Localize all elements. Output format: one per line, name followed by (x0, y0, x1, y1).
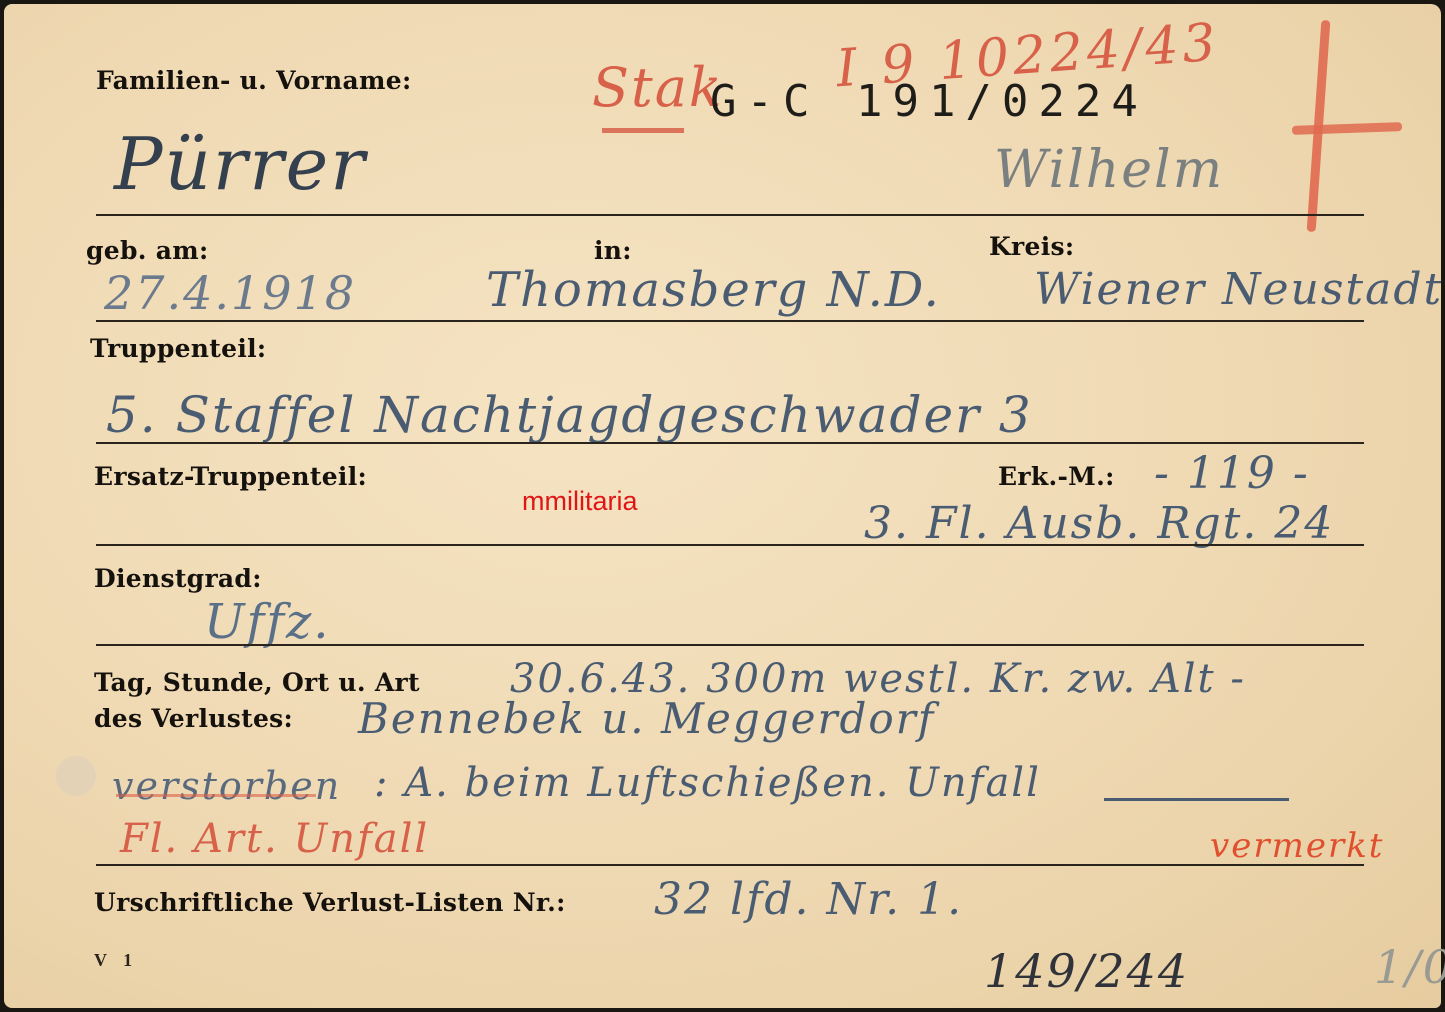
birthplace-label: in: (594, 236, 632, 265)
birth-date-label: geb. am: (86, 236, 209, 265)
watermark: mmilitaria (522, 486, 638, 517)
loss-line2: Bennebek u. Meggerdorf (358, 694, 935, 743)
rank-label: Dienstgrad: (94, 564, 262, 593)
loss-line3: : A. beim Luftschießen. Unfall (374, 760, 1041, 806)
rank-value: Uffz. (204, 594, 331, 650)
red-strikethrough (116, 794, 316, 797)
divider (96, 864, 1364, 866)
index-card: Familien- u. Vorname: Stak G-C 191/0224 … (4, 4, 1441, 1008)
loss-label-line1: Tag, Stunde, Ort u. Art (94, 668, 420, 697)
replacement-unit-label: Ersatz-Truppenteil: (94, 462, 367, 491)
district-label: Kreis: (989, 232, 1074, 261)
divider (96, 644, 1364, 646)
loss-struck-word: verstorben (112, 764, 341, 808)
grey-annotation: 1/0 (1374, 940, 1445, 994)
divider (96, 214, 1364, 216)
birth-date-value: 27.4.1918 (104, 266, 356, 320)
red-underline (602, 128, 684, 133)
given-name-value: Wilhelm (994, 140, 1224, 200)
id-tag-value: - 119 - (1154, 448, 1310, 499)
stain (56, 756, 96, 796)
loss-list-label: Urschriftliche Verlust-Listen Nr.: (94, 888, 566, 917)
loss-list-value: 32 lfd. Nr. 1. (654, 874, 963, 925)
birthplace-value: Thomasberg N.D. (486, 262, 941, 318)
name-label: Familien- u. Vorname: (96, 66, 411, 95)
loss-label-line2: des Verlustes: (94, 704, 293, 733)
unit-value: 5. Staffel Nachtjagdgeschwader 3 (106, 386, 1033, 444)
divider (96, 544, 1364, 546)
red-annotation-vermerkt: vermerkt (1210, 826, 1384, 866)
divider (96, 320, 1364, 322)
red-annotation-stak: Stak (592, 56, 724, 119)
id-tag-label: Erk.-M.: (998, 462, 1115, 491)
divider (96, 442, 1364, 444)
district-value: Wiener Neustadt (1034, 264, 1443, 315)
deceased-cross-bar (1292, 122, 1402, 135)
loss-red-correction: Fl. Art. Unfall (120, 816, 429, 862)
unit-label: Truppenteil: (90, 334, 266, 363)
blue-underline (1104, 798, 1289, 801)
surname-value: Pürrer (114, 122, 367, 206)
replacement-unit-value: 3. Fl. Ausb. Rgt. 24 (864, 498, 1334, 549)
loss-list-reference: 149/244 (984, 944, 1189, 998)
form-version: V 1 (94, 950, 138, 971)
